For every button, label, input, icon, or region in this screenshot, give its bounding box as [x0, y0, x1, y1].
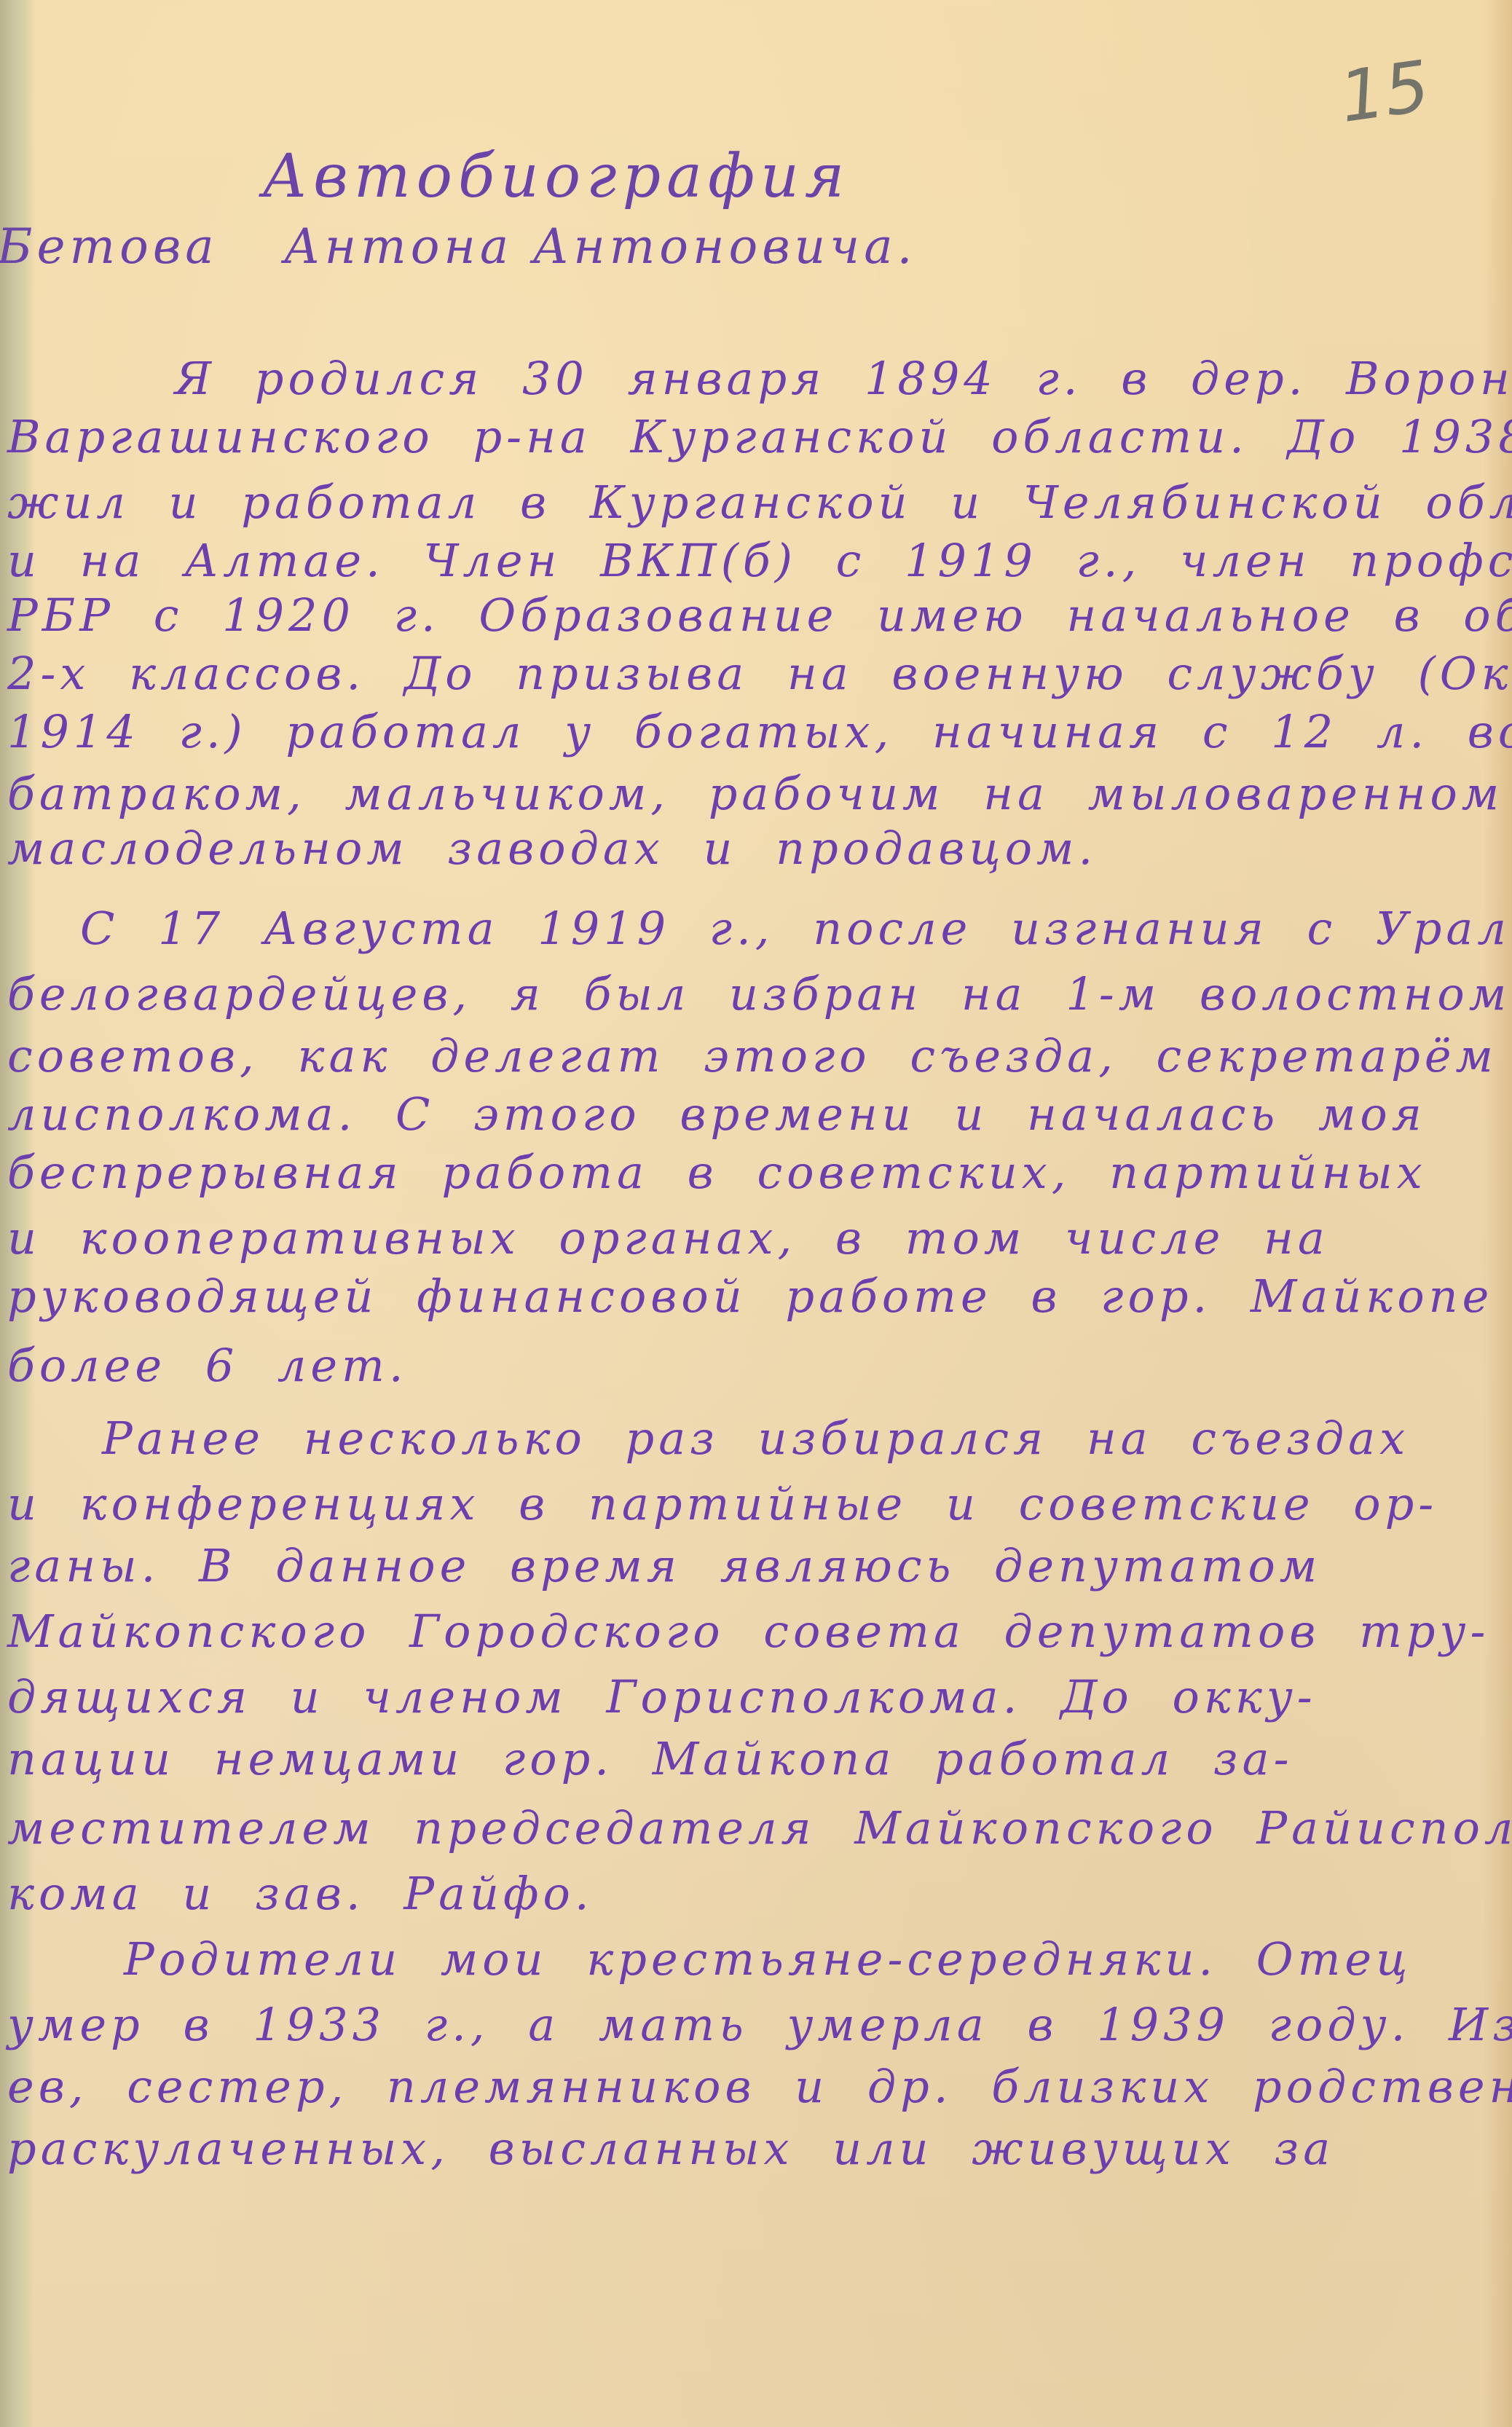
text-line: советов, как делегат этого съезда, секре…	[7, 1027, 1512, 1085]
text-line: Варгашинского р-на Курганской области. Д…	[7, 408, 1512, 466]
document-subtitle: БетоваАнтона Антоновича.	[0, 219, 917, 275]
text-line: дящихся и членом Горисполкома. До окку-	[7, 1668, 1317, 1726]
text-line: руководящей финансовой работе в гор. Май…	[7, 1267, 1493, 1326]
text-line: белогвардейцев, я был избран на 1-м воло…	[7, 965, 1512, 1023]
text-line: и кооперативных органах, в том числе на	[7, 1209, 1329, 1267]
text-line: Ранее несколько раз избирался на съездах	[102, 1409, 1409, 1468]
text-line: жил и работал в Курганской и Челябинской…	[7, 473, 1512, 532]
text-line: раскулаченных, высланных или живущих за	[7, 2120, 1334, 2178]
text-line: пации немцами гор. Майкопа работал за-	[7, 1730, 1294, 1788]
text-line: ев, сестер, племянников и др. близких ро…	[7, 2058, 1512, 2116]
author-surname: Бетова	[0, 219, 218, 275]
text-line: маслодельном заводах и продавцом.	[7, 819, 1097, 878]
text-line: и на Алтае. Член ВКП(б) с 1919 г., член …	[7, 532, 1512, 590]
text-line: Родители мои крестьяне-середняки. Отец	[124, 1930, 1411, 1989]
document-title: Автобиография	[262, 142, 850, 211]
text-line: ганы. В данное время являюсь депутатом	[7, 1537, 1321, 1595]
text-line: 2-х классов. До призыва на военную служб…	[7, 645, 1512, 703]
archive-page-number: 15	[1335, 45, 1435, 138]
text-line: лисполкома. С этого времени и началась м…	[7, 1085, 1426, 1144]
text-line: беспрерывная работа в советских, партийн…	[7, 1144, 1427, 1202]
text-line: умер в 1933 г., а мать умерла в 1939 год…	[7, 1996, 1512, 2054]
text-line: батраком, мальчиком, рабочим на мыловаре…	[7, 765, 1512, 823]
text-line: кома и зав. Райфо.	[7, 1865, 594, 1923]
text-line: более 6 лет.	[7, 1337, 408, 1395]
author-given-names: Антона Антоновича.	[284, 219, 917, 275]
text-line: С 17 Августа 1919 г., после изгнания с У…	[80, 900, 1512, 958]
text-line: РБР с 1920 г. Образование имею начальное…	[7, 586, 1512, 645]
text-line: Майкопского Городского совета депутатов …	[7, 1602, 1489, 1661]
text-line: и конференциях в партийные и советские о…	[7, 1475, 1438, 1533]
text-line: 1914 г.) работал у богатых, начиная с 12…	[7, 703, 1512, 761]
text-line: Я родился 30 января 1894 г. в дер. Ворон…	[175, 350, 1512, 408]
text-line: местителем председателя Майкопского Райи…	[7, 1799, 1512, 1857]
